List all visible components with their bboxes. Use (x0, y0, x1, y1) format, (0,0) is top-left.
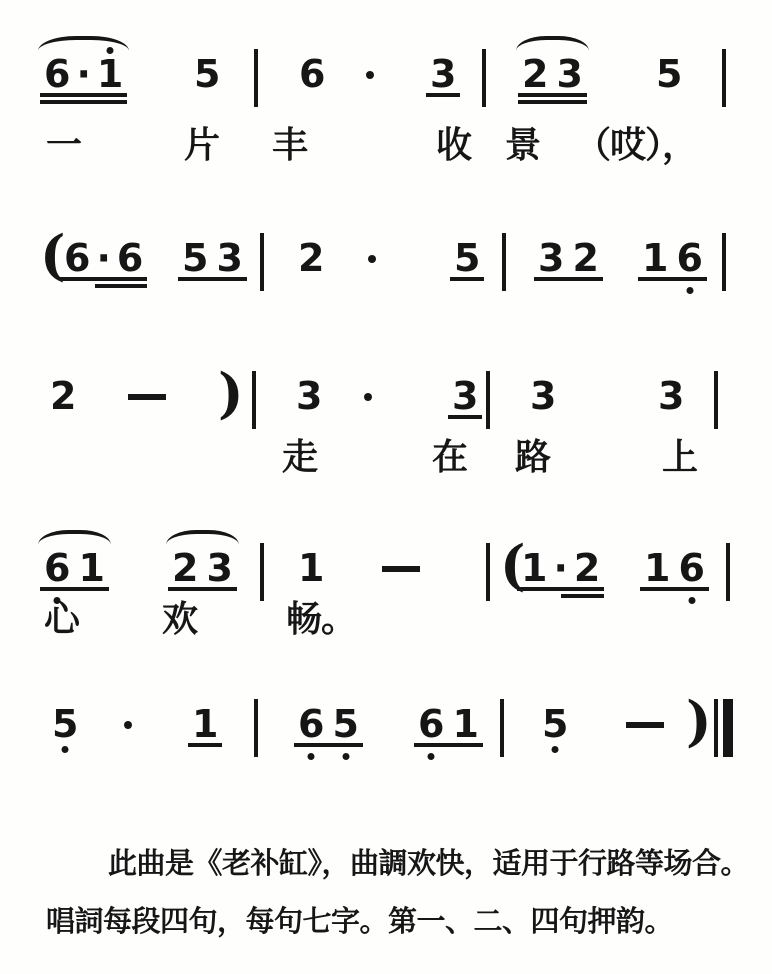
octave-dot-low (62, 746, 69, 753)
note-group: 61 (414, 708, 483, 740)
beam-underline (450, 277, 484, 281)
slur-arc (38, 530, 111, 545)
half-note-dash (128, 394, 166, 400)
note-group: 32 (534, 242, 603, 274)
beam-underline (40, 587, 109, 591)
beam-underline (517, 587, 604, 591)
note-digit: 2 (570, 552, 604, 584)
octave-dot-high (107, 47, 114, 54)
beam-underline (414, 743, 483, 747)
phrase-paren: ) (686, 702, 712, 740)
note-group: 5 (190, 58, 224, 90)
lyric-syllable: 上 (662, 438, 697, 478)
beam-underline-second (95, 284, 147, 288)
final-barline (714, 699, 733, 757)
note-digit: 3 (292, 380, 326, 412)
lyric-syllable: 一 (46, 126, 81, 166)
augmentation-dot (364, 393, 372, 401)
note-group: 3 (448, 380, 482, 412)
octave-dot-low (308, 753, 315, 760)
note-group: 3 (426, 58, 460, 90)
octave-dot-low (552, 746, 559, 753)
note-group: 23 (168, 552, 237, 584)
note-digit: 1 (188, 708, 222, 740)
octave-dot-low (428, 753, 435, 760)
note-group: 6 (295, 58, 329, 90)
beam-underline (638, 277, 707, 281)
note-digit: 6 (40, 58, 74, 90)
slur-arc (166, 530, 239, 545)
note-digit: 2 (518, 58, 552, 90)
note-group: 3 (526, 380, 560, 412)
beam-underline (534, 277, 603, 281)
note-group: 1 (188, 708, 222, 740)
note-digit: 6 (414, 708, 448, 740)
beam-underline (448, 415, 482, 419)
note-digit: 6 (294, 708, 328, 740)
dotted-note-dot: · (551, 552, 569, 584)
note-group: 2 (46, 380, 80, 412)
note-digit: 5 (178, 242, 212, 274)
lyric-syllable: 片 (184, 126, 219, 166)
final-barline-thick (723, 699, 733, 757)
beam-underline (188, 743, 222, 747)
barline (726, 543, 730, 601)
note-digit: 3 (448, 380, 482, 412)
lyric-syllable: （哎）， (575, 126, 697, 166)
lyric-syllable: 畅。 (286, 600, 356, 640)
note-group: 1·2 (517, 552, 604, 584)
note-group: 3 (654, 380, 688, 412)
note-digit: 6 (672, 242, 706, 274)
augmentation-dot (124, 721, 132, 729)
barline (486, 543, 490, 601)
sheet-music-page: 6·1563235一片丰收景（哎），(6·6532532162)3333走在路上… (0, 0, 772, 974)
note-digit: 3 (526, 380, 560, 412)
lyric-syllable: 路 (515, 438, 550, 478)
beam-underline (168, 587, 237, 591)
barline (502, 233, 506, 291)
note-digit: 3 (552, 58, 586, 90)
lyric-syllable: 走 (282, 438, 317, 478)
note-digit: 5 (328, 708, 362, 740)
beam-underline-second (40, 100, 127, 104)
half-note-dash (382, 566, 420, 572)
footnote: 此曲是《老补缸》，曲調欢快，适用于行路等场合。 唱詞每段四句，每句七字。第一、二… (46, 834, 758, 950)
note-digit: 1 (638, 242, 672, 274)
note-digit: 5 (190, 58, 224, 90)
note-digit: 3 (654, 380, 688, 412)
beam-underline (426, 93, 460, 97)
dotted-note-dot: · (94, 242, 112, 274)
note-digit: 6 (40, 552, 74, 584)
note-digit: 1 (517, 552, 551, 584)
note-digit: 2 (294, 242, 328, 274)
note-digit: 6 (674, 552, 708, 584)
lyric-syllable: 心 (44, 600, 79, 640)
note-group: 5 (450, 242, 484, 274)
octave-dot-low (686, 287, 693, 294)
barline (482, 49, 486, 107)
note-group: 23 (518, 58, 587, 90)
half-note-dash (626, 722, 664, 728)
beam-underline-second (561, 594, 605, 598)
barline (254, 49, 258, 107)
note-digit: 6 (113, 242, 147, 274)
barline (260, 233, 264, 291)
note-group: 5 (652, 58, 686, 90)
note-digit: 3 (202, 552, 236, 584)
note-digit: 1 (640, 552, 674, 584)
barline (722, 233, 726, 291)
note-digit: 2 (568, 242, 602, 274)
note-digit: 6 (60, 242, 94, 274)
beam-underline (60, 277, 147, 281)
octave-dot-low (342, 753, 349, 760)
slur-arc (38, 36, 129, 51)
footnote-line1: 此曲是《老补缸》，曲調欢快，适用于行路等场合。 (46, 834, 758, 892)
beam-underline (518, 93, 587, 97)
lyric-syllable: 收 (436, 126, 471, 166)
note-digit: 1 (448, 708, 482, 740)
note-digit: 1 (93, 58, 127, 90)
barline (252, 371, 256, 429)
octave-dot-low (688, 597, 695, 604)
note-group: 65 (294, 708, 363, 740)
note-group: 3 (292, 380, 326, 412)
note-group: 53 (178, 242, 247, 274)
lyric-syllable: 丰 (272, 126, 307, 166)
note-digit: 6 (295, 58, 329, 90)
footnote-line2: 唱詞每段四句，每句七字。第一、二、四句押韵。 (46, 892, 758, 950)
barline (722, 49, 726, 107)
note-group: 16 (638, 242, 707, 274)
barline (486, 371, 490, 429)
barline (714, 371, 718, 429)
note-digit: 2 (46, 380, 80, 412)
note-group: 5 (538, 708, 572, 740)
note-digit: 5 (652, 58, 686, 90)
note-group: 2 (294, 242, 328, 274)
lyric-syllable: 欢 (162, 600, 197, 640)
note-group: 6·1 (40, 58, 127, 90)
phrase-paren: ) (218, 374, 244, 412)
augmentation-dot (368, 255, 376, 263)
note-group: 6·6 (60, 242, 147, 274)
beam-underline (178, 277, 247, 281)
dotted-note-dot: · (74, 58, 92, 90)
note-digit: 2 (168, 552, 202, 584)
note-digit: 5 (538, 708, 572, 740)
note-digit: 1 (74, 552, 108, 584)
note-group: 16 (640, 552, 709, 584)
note-group: 61 (40, 552, 109, 584)
note-digit: 5 (450, 242, 484, 274)
barline (260, 543, 264, 601)
beam-underline-second (518, 100, 587, 104)
augmentation-dot (366, 71, 374, 79)
beam-underline (640, 587, 709, 591)
note-group: 1 (294, 552, 328, 584)
note-digit: 3 (426, 58, 460, 90)
note-digit: 5 (48, 708, 82, 740)
lyric-syllable: 景 (505, 126, 540, 166)
barline (500, 699, 504, 757)
barline (254, 699, 258, 757)
slur-arc (516, 36, 589, 51)
note-digit: 3 (212, 242, 246, 274)
beam-underline (294, 743, 363, 747)
final-barline-thin (714, 699, 718, 757)
note-digit: 1 (294, 552, 328, 584)
lyric-syllable: 在 (432, 438, 467, 478)
note-digit: 3 (534, 242, 568, 274)
note-group: 5 (48, 708, 82, 740)
beam-underline (40, 93, 127, 97)
